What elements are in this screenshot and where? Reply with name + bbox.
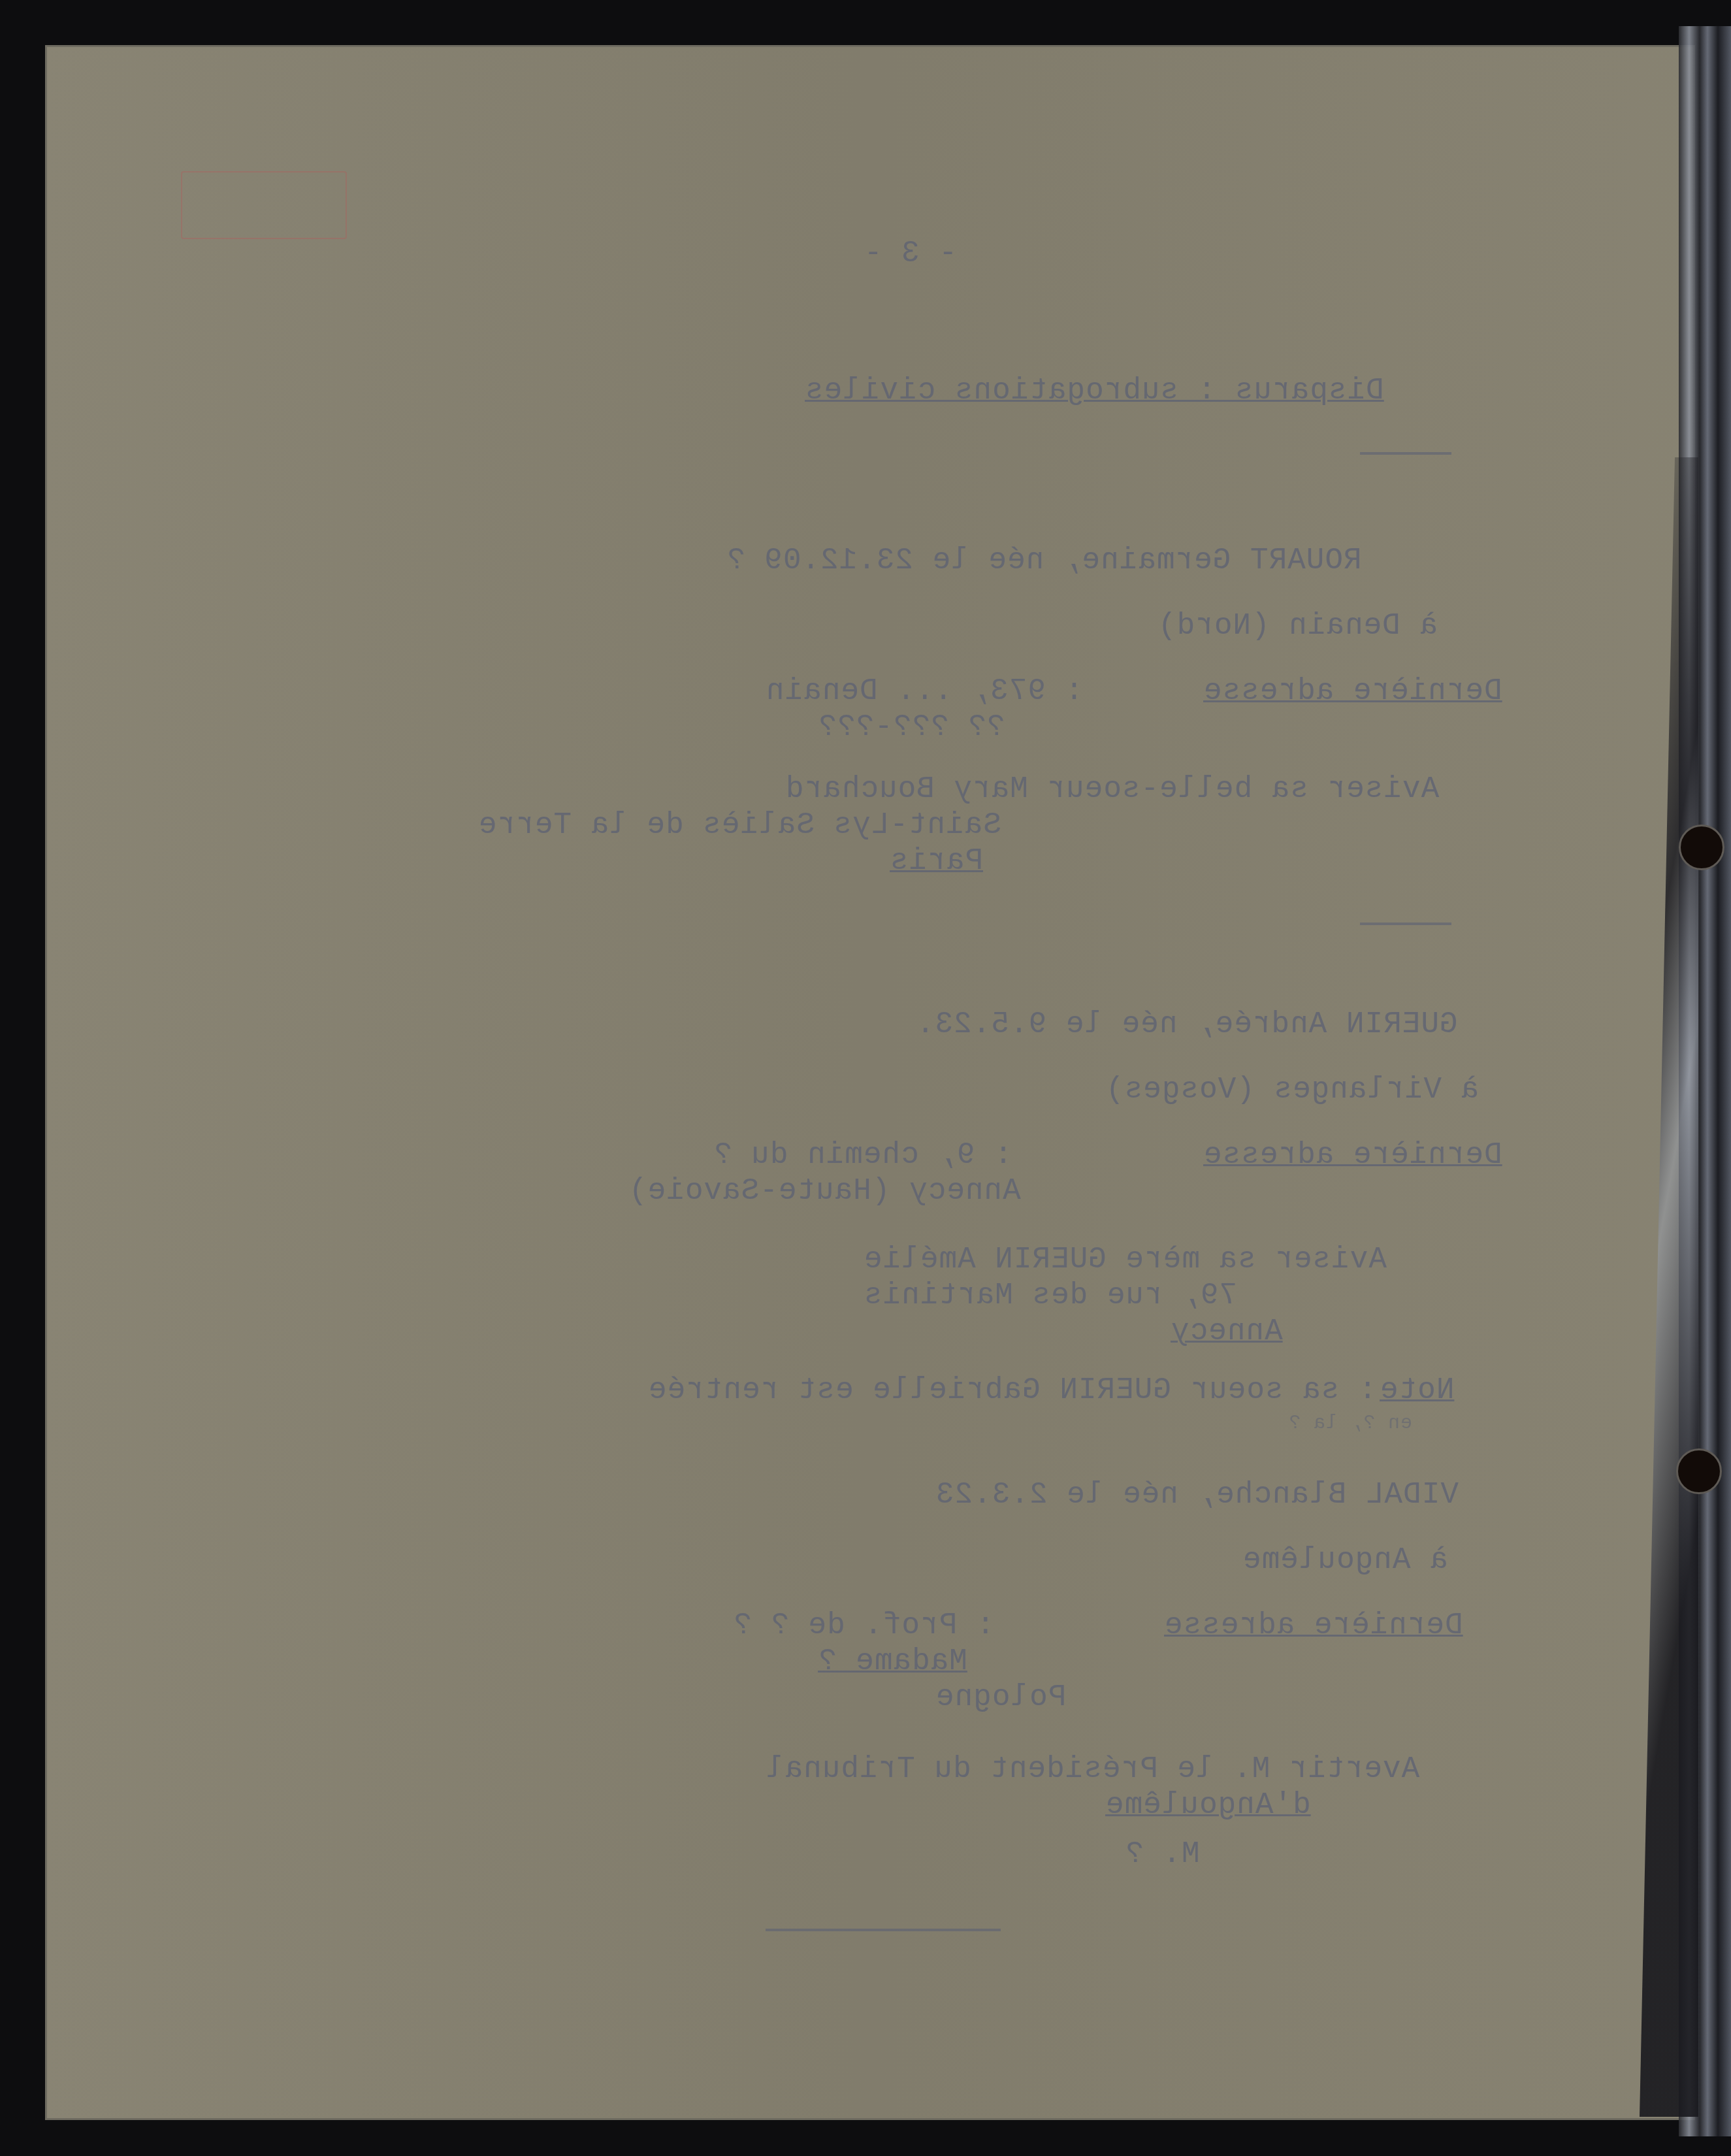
entry-2-note-line-2: en ?, la ? bbox=[1288, 1413, 1412, 1435]
document-page: - 3 - Disparus : subrogations civiles RO… bbox=[47, 47, 1693, 2118]
divider bbox=[1360, 452, 1451, 455]
entry-2-address-line-2: Annecy (Haute-Savoie) bbox=[628, 1174, 1021, 1208]
page-number: - 3 - bbox=[864, 237, 957, 270]
entry-3-name: VIDAL Blanche, née le 2.3.23 bbox=[935, 1478, 1459, 1512]
entry-2-notify-line-2: 79, rue des Martinis bbox=[864, 1279, 1237, 1313]
end-divider bbox=[766, 1929, 1001, 1931]
entry-3-address-label: Dernière adresse bbox=[1164, 1609, 1463, 1642]
entry-3-birthplace: à Angoulême bbox=[1242, 1543, 1448, 1577]
archive-stamp-outline bbox=[181, 171, 347, 239]
entry-3-address-line-2: Madame ? bbox=[818, 1644, 967, 1678]
entry-3-notify-line-1: Avertir M. le Président du Tribunal bbox=[766, 1752, 1419, 1786]
entry-2-address-label: Dernière adresse bbox=[1203, 1138, 1502, 1172]
heading: Disparus : subrogations civiles bbox=[805, 374, 1384, 408]
entry-1-name: ROUART Germaine, née le 23.12.09 ? bbox=[726, 544, 1362, 578]
entry-1-notify-line-3: Paris bbox=[890, 844, 983, 878]
entry-3-notify-line-3: M. ? bbox=[1125, 1837, 1199, 1871]
entry-2-notify-line-3: Annecy bbox=[1171, 1315, 1283, 1348]
entry-2-notify-line-1: Aviser sa mère GUERIN Amélie bbox=[864, 1243, 1387, 1277]
divider bbox=[1360, 923, 1451, 925]
entry-2-birthplace: à Virlanges (Vosges) bbox=[1105, 1073, 1479, 1107]
punch-hole-bottom bbox=[1676, 1448, 1722, 1494]
entry-2-note-line-1: : sa soeur GUERIN Gabrielle est rentrée bbox=[648, 1373, 1377, 1407]
punch-hole-top bbox=[1679, 825, 1724, 870]
entry-1-birthplace: à Denain (Nord) bbox=[1157, 609, 1438, 643]
entry-1-address-line-2: ?? ???-??? bbox=[818, 710, 1005, 744]
entry-3-address-line-1: : Prof. de ? ? bbox=[733, 1609, 994, 1642]
entry-1-address-line-1: : 973, ... Denain bbox=[766, 674, 1083, 708]
entry-2-address-line-1: : 9, chemin du ? bbox=[713, 1138, 1012, 1172]
entry-3-address-line-3: Pologne bbox=[935, 1680, 1066, 1714]
entry-1-notify-line-1: Aviser sa belle-soeur Mary Bouchard bbox=[785, 772, 1439, 806]
entry-2-note-label: Note bbox=[1380, 1373, 1454, 1407]
entry-1-address-label: Dernière adresse bbox=[1203, 674, 1502, 708]
entry-2-name: GUERIN Andrée, née le 9.5.23. bbox=[916, 1007, 1458, 1041]
entry-3-notify-line-2: d'Angoulême bbox=[1105, 1788, 1311, 1822]
entry-1-notify-line-2: Saint-Lys Saliès de la Terre bbox=[478, 808, 1001, 842]
